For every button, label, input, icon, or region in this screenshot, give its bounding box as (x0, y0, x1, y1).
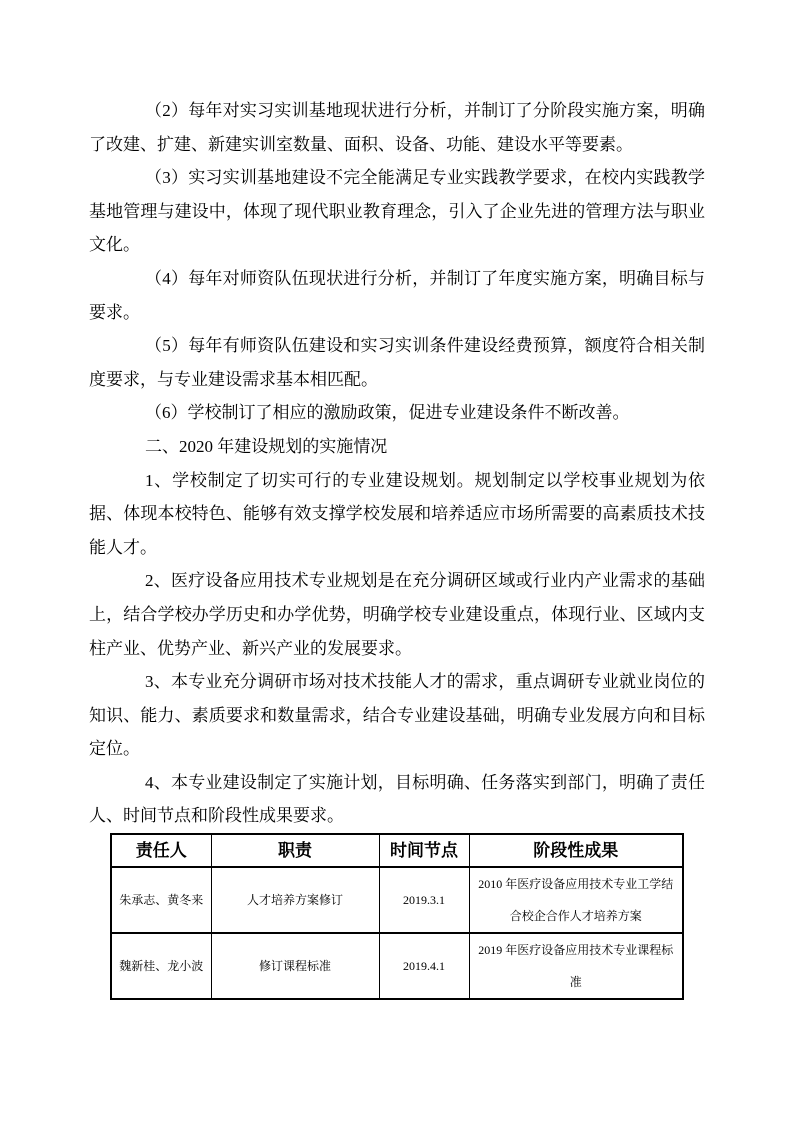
paragraph-point-2: 2、医疗设备应用技术专业规划是在充分调研区域或行业内产业需求的基础上，结合学校办… (89, 564, 705, 665)
cell-duty: 人才培养方案修订 (211, 867, 379, 933)
section-heading: 二、2020 年建设规划的实施情况 (89, 430, 705, 464)
cell-duty: 修订课程标准 (211, 933, 379, 999)
header-responsible-person: 责任人 (111, 834, 211, 867)
table-row: 朱承志、黄冬来 人才培养方案修订 2019.3.1 2010 年医疗设备应用技术… (111, 867, 683, 933)
implementation-plan-table: 责任人 职责 时间节点 阶段性成果 朱承志、黄冬来 人才培养方案修订 2019.… (110, 833, 684, 1000)
document-page: （2）每年对实习实训基地现状进行分析，并制订了分阶段实施方案，明确了改建、扩建、… (0, 0, 793, 1122)
paragraph-item-2: （2）每年对实习实训基地现状进行分析，并制订了分阶段实施方案，明确了改建、扩建、… (89, 94, 705, 161)
paragraph-item-4: （4）每年对师资队伍现状进行分析，并制订了年度实施方案，明确目标与要求。 (89, 262, 705, 329)
paragraph-item-5: （5）每年有师资队伍建设和实习实训条件建设经费预算，额度符合相关制度要求，与专业… (89, 329, 705, 396)
header-duty: 职责 (211, 834, 379, 867)
cell-stage-outcome: 2019 年医疗设备应用技术专业课程标准 (469, 933, 683, 999)
table-header-row: 责任人 职责 时间节点 阶段性成果 (111, 834, 683, 867)
cell-responsible-person: 朱承志、黄冬来 (111, 867, 211, 933)
header-stage-outcome: 阶段性成果 (469, 834, 683, 867)
paragraph-item-3: （3）实习实训基地建设不完全能满足专业实践教学要求，在校内实践教学基地管理与建设… (89, 161, 705, 262)
cell-time-node: 2019.3.1 (379, 867, 469, 933)
header-time-node: 时间节点 (379, 834, 469, 867)
paragraph-item-6: （6）学校制订了相应的激励政策，促进专业建设条件不断改善。 (89, 396, 705, 430)
paragraph-point-4: 4、本专业建设制定了实施计划，目标明确、任务落实到部门，明确了责任人、时间节点和… (89, 766, 705, 833)
paragraph-point-3: 3、本专业充分调研市场对技术技能人才的需求，重点调研专业就业岗位的知识、能力、素… (89, 665, 705, 766)
cell-responsible-person: 魏新桂、龙小波 (111, 933, 211, 999)
table-row: 魏新桂、龙小波 修订课程标准 2019.4.1 2019 年医疗设备应用技术专业… (111, 933, 683, 999)
paragraph-point-1: 1、学校制定了切实可行的专业建设规划。规划制定以学校事业规划为依据、体现本校特色… (89, 464, 705, 565)
cell-time-node: 2019.4.1 (379, 933, 469, 999)
cell-stage-outcome: 2010 年医疗设备应用技术专业工学结合校企合作人才培养方案 (469, 867, 683, 933)
